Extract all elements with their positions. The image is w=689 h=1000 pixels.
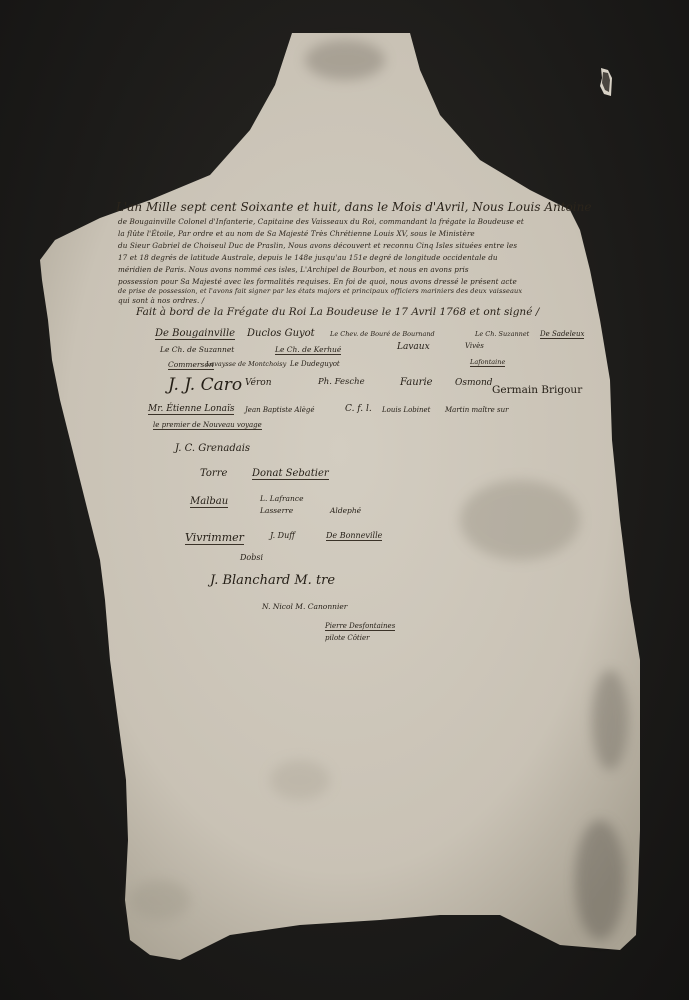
signature: Lavaux	[397, 342, 430, 352]
signature: Vivès	[465, 342, 484, 350]
signature: Malbau	[190, 496, 228, 508]
text-line: de prise de possession, et l'avons fait …	[118, 287, 522, 295]
text-line: de Bougainville Colonel d'Infanterie, Ca…	[118, 217, 524, 226]
signature: le premier de Nouveau voyage	[153, 421, 262, 430]
signature: Duclos Guyot	[247, 328, 315, 339]
signature: Dobsi	[240, 553, 263, 562]
text-line: du Sieur Gabriel de Choiseul Duc de Pras…	[118, 241, 517, 250]
signature: Osmond	[455, 378, 493, 388]
signature: Martin maître sur	[445, 406, 509, 414]
signature: Le Dudeguyot	[290, 360, 340, 368]
signature: Germain Brigour	[492, 384, 582, 396]
signature: Pierre Desfontaines	[325, 622, 395, 631]
text-line: méridien de Paris. Nous avons nommé ces …	[118, 265, 469, 274]
signature: J. J. Caro	[168, 375, 242, 395]
signature: Faurie	[400, 377, 433, 388]
signature: Lafontaine	[470, 358, 505, 367]
signature: De Bonneville	[326, 531, 382, 541]
text-line: la flûte l'Étoile, Par ordre et au nom d…	[118, 229, 475, 238]
signature: Le Ch. de Suzannet	[160, 345, 234, 354]
signature: De Bougainville	[155, 328, 235, 340]
signature: Le Ch. Suzannet	[475, 330, 529, 338]
signature: Véron	[245, 378, 272, 388]
signature: Mr. Étienne Lonaïs	[148, 404, 234, 415]
signature: J. C. Grenadais	[175, 443, 250, 454]
signature: Torre	[200, 468, 227, 479]
text-line: L'an Mille sept cent Soixante et huit, d…	[116, 200, 591, 214]
text-line: 17 et 18 degrés de latitude Australe, de…	[118, 253, 498, 262]
signature: Ph. Fesche	[318, 377, 365, 387]
signature: Donat Sebatier	[252, 468, 329, 480]
signature: De Sadeleux	[540, 330, 584, 339]
signature: Lavaysse de Montchoisy	[206, 360, 286, 368]
signature: L. Lafrance	[260, 494, 304, 503]
signature: Lasserre	[260, 506, 293, 515]
signature: Louis Lobinet	[382, 406, 430, 414]
signature: J. Blanchard M. tre	[210, 573, 335, 588]
document-text: L'an Mille sept cent Soixante et huit, d…	[0, 0, 689, 1000]
signature: N. Nicol M. Canonnier	[262, 602, 347, 611]
signature: C. f. l.	[345, 404, 372, 414]
signature: pilote Côtier	[325, 634, 369, 642]
signature: Le Chev. de Bouré de Bournand	[330, 330, 435, 338]
signature: Aldephé	[330, 506, 361, 515]
signature: Jean Baptiste Alègé	[245, 406, 315, 414]
text-line: qui sont à nos ordres. /	[118, 296, 204, 305]
signature: J. Duff	[270, 531, 295, 540]
closing-line: Fait à bord de la Frégate du Roi La Boud…	[136, 306, 539, 318]
signature: Vivrimmer	[185, 531, 244, 545]
text-line: possession pour Sa Majesté avec les form…	[118, 277, 517, 286]
signature: Le Ch. de Kerhué	[275, 345, 341, 355]
